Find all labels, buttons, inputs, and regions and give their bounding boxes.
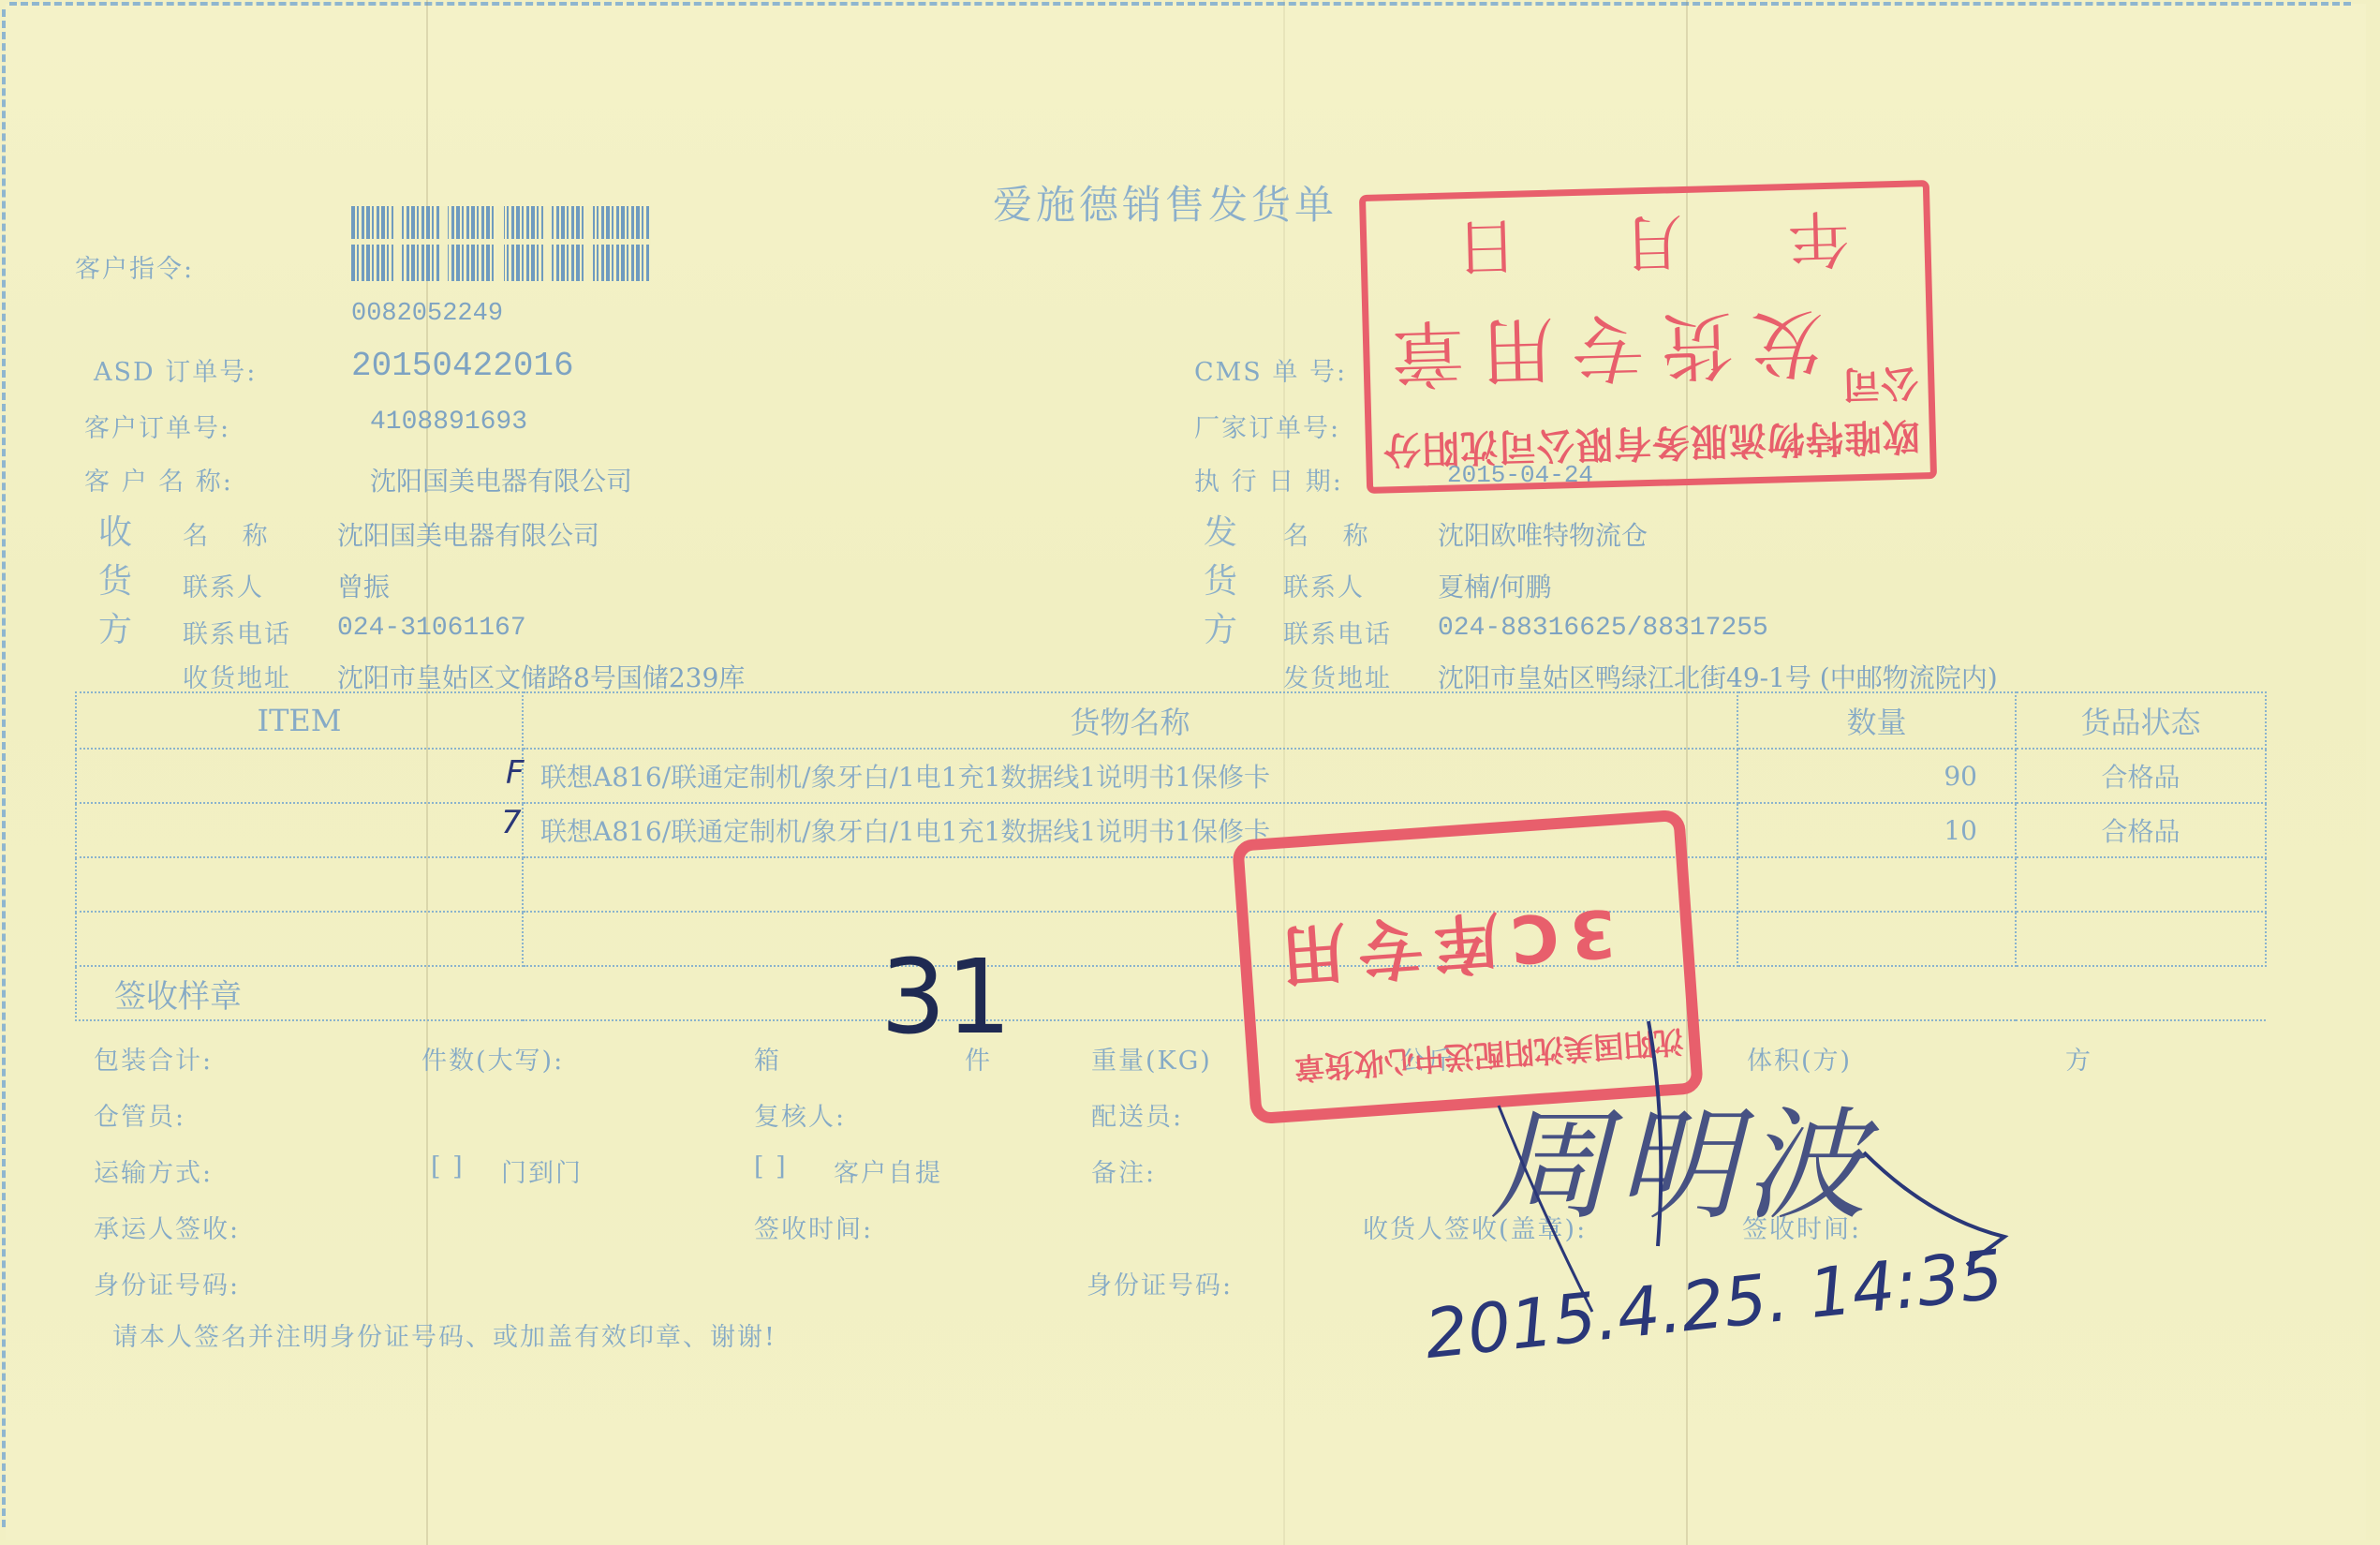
barcode-spacer (393, 206, 401, 281)
door-to-door-checkbox[interactable]: [ ] (431, 1152, 465, 1181)
dispatcher-label: 配送员: (1091, 1096, 1183, 1133)
self-pickup-label: 客户自提 (834, 1152, 942, 1189)
column-header-item: ITEM (76, 692, 523, 749)
cms-number-label: CMS 单 号: (1194, 351, 1347, 388)
shipper-side-char: 方 (1204, 603, 1237, 651)
customer-name-value: 沈阳国美电器有限公司 (370, 461, 632, 498)
asd-order-label: ASD 订单号: (94, 351, 257, 388)
shipper-phone-value: 024-88316625/88317255 (1438, 614, 1768, 643)
weight-label: 重量(KG) (1091, 1040, 1212, 1077)
door-to-door-label: 门到门 (501, 1152, 583, 1189)
shipper-phone-label: 联系电话 (1283, 614, 1392, 650)
shipper-address-value: 沈阳市皇姑区鸭绿江北街49-1号 (中邮物流院内) (1438, 658, 1998, 695)
handwritten-signature: 周明波 (1489, 1068, 1871, 1243)
box-unit-label: 箱 (754, 1040, 781, 1077)
barcode-spacer (543, 206, 551, 281)
receiver-name-value: 沈阳国美电器有限公司 (337, 515, 599, 553)
status-cell: 合格品 (2016, 803, 2266, 857)
handwritten-row-mark: F (506, 754, 525, 792)
shipping-stamp-title: 发货专用章 (1373, 295, 1826, 412)
receiver-address-value: 沈阳市皇姑区文储路8号国储239库 (337, 658, 745, 695)
quantity-cell: 90 (1737, 749, 2016, 803)
shipper-name-label: 名 称 (1283, 515, 1382, 552)
customer-order-value: 4108891693 (370, 408, 527, 437)
column-header-goods-name: 货物名称 (523, 692, 1737, 749)
sign-time-label: 签收时间: (754, 1209, 873, 1245)
customer-name-label: 客 户 名 称: (84, 461, 233, 498)
receiver-side-char: 收 (98, 506, 132, 554)
status-cell (2016, 912, 2266, 966)
shipper-name-value: 沈阳欧唯特物流仓 (1438, 515, 1648, 553)
pieces-uppercase-label: 件数(大写): (421, 1040, 564, 1077)
barcode-spacer (585, 206, 593, 281)
handwritten-box-count: 31 (880, 937, 1012, 1057)
warehouse-keeper-label: 仓管员: (94, 1096, 185, 1133)
table-row (76, 857, 2266, 912)
receiver-phone-label: 联系电话 (183, 614, 291, 650)
exec-date-label: 执 行 日 期: (1194, 461, 1343, 498)
item-cell (76, 749, 523, 803)
receiver-contact-label: 联系人 (183, 567, 264, 603)
table-row: 联想A816/联通定制机/象牙白/1电1充1数据线1说明书1保修卡 10 合格品 (76, 803, 2266, 857)
shipper-contact-value: 夏楠/何鹏 (1438, 567, 1551, 604)
quantity-cell (1737, 912, 2016, 966)
transport-method-label: 运输方式: (94, 1152, 213, 1189)
handwritten-row-mark: 7 (501, 804, 522, 841)
column-header-status: 货品状态 (2016, 692, 2266, 749)
factory-order-label: 厂家订单号: (1194, 408, 1340, 444)
barcode-number: 0082052249 (351, 300, 503, 328)
carrier-id-number-label: 身份证号码: (94, 1265, 240, 1301)
shipper-side-char: 货 (1204, 555, 1237, 602)
document-title: 爱施德销售发货单 (993, 174, 1338, 230)
package-total-label: 包装合计: (94, 1040, 213, 1077)
signature-notice: 请本人签名并注明身份证号码、或加盖有效印章、谢谢! (112, 1316, 776, 1353)
goods-name-cell: 联想A816/联通定制机/象牙白/1电1充1数据线1说明书1保修卡 (523, 749, 1737, 803)
remarks-label: 备注: (1091, 1152, 1156, 1189)
self-pickup-checkbox[interactable]: [ ] (754, 1152, 788, 1181)
quantity-cell: 10 (1737, 803, 2016, 857)
goods-table: ITEM 货物名称 数量 货品状态 联想A816/联通定制机/象牙白/1电1充1… (75, 691, 2267, 1021)
quantity-cell (1737, 857, 2016, 912)
top-perforation (9, 2, 2351, 6)
receiver-contact-value: 曾振 (337, 567, 390, 604)
shipper-contact-label: 联系人 (1283, 567, 1365, 603)
shipper-address-label: 发货地址 (1283, 658, 1392, 694)
shipper-side-char: 发 (1204, 506, 1237, 554)
item-cell (76, 803, 523, 857)
customer-order-label: 客户订单号: (84, 408, 230, 444)
volume-unit-label: 方 (2065, 1040, 2092, 1077)
sign-sample-row: 签收样章 (76, 966, 2266, 1020)
carrier-sign-label: 承运人签收: (94, 1209, 240, 1245)
asd-order-value: 20150422016 (351, 347, 574, 385)
column-header-quantity: 数量 (1737, 692, 2016, 749)
shipping-stamp: 欧唯特物流服务有限公司沈阳分公司 发货专用章 年 月 日 (1359, 180, 1937, 494)
item-cell (76, 857, 523, 912)
barcode-spacer (440, 206, 448, 281)
table-row (76, 912, 2266, 966)
barcode-spacer (496, 206, 504, 281)
receiving-stamp-title: 3C库专用 (1266, 890, 1619, 1009)
left-perforation (2, 9, 6, 1527)
receiver-phone-value: 024-31061167 (337, 614, 526, 643)
item-cell (76, 912, 523, 966)
status-cell (2016, 857, 2266, 912)
receiver-side-char: 方 (98, 603, 132, 651)
customer-instruction-label: 客户指令: (75, 248, 194, 285)
table-header-row: ITEM 货物名称 数量 货品状态 (76, 692, 2266, 749)
receiver-address-label: 收货地址 (183, 658, 291, 694)
reviewer-label: 复核人: (754, 1096, 846, 1133)
receiver-id-number-label: 身份证号码: (1087, 1265, 1233, 1301)
shipping-stamp-date: 年 月 日 (1455, 198, 1850, 297)
table-row: 联想A816/联通定制机/象牙白/1电1充1数据线1说明书1保修卡 90 合格品 (76, 749, 2266, 803)
sign-sample-label: 签收样章 (76, 966, 2266, 1020)
receiver-name-label: 名 称 (183, 515, 281, 552)
receiver-side-char: 货 (98, 555, 132, 602)
status-cell: 合格品 (2016, 749, 2266, 803)
